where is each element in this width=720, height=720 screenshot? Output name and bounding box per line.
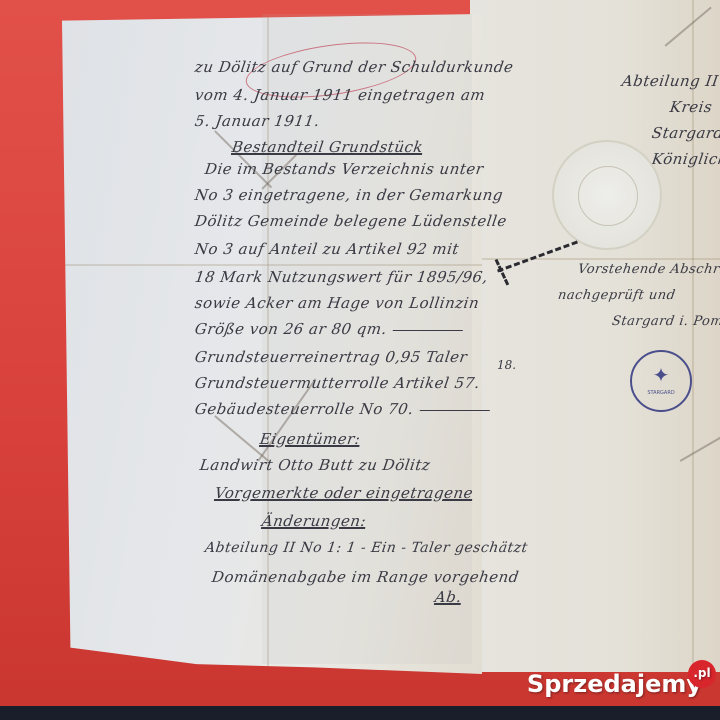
fold-crease bbox=[470, 258, 720, 260]
seal-eagle-emboss bbox=[578, 166, 638, 226]
text-line: Königliches bbox=[651, 150, 720, 168]
stamp-text: STARGARD bbox=[647, 390, 674, 396]
text-line: zu Dölitz auf Grund der Schuldurkunde bbox=[194, 58, 515, 76]
text-line: Abteilung II No 1: 1 - Ein - Taler gesch… bbox=[204, 540, 529, 556]
section-heading: Änderungen: bbox=[261, 512, 368, 530]
text-line: Grundsteuerreinertrag 0,95 Taler bbox=[194, 348, 469, 366]
text-line-content: Größe von 26 ar 80 qm. bbox=[194, 320, 388, 338]
section-heading: Bestandteil Grundstück bbox=[231, 138, 425, 156]
text-line: Landwirt Otto Butt zu Dölitz bbox=[199, 456, 432, 474]
text-line: No 3 eingetragene, in der Gemarkung bbox=[194, 186, 505, 204]
section-heading: Eigentümer: bbox=[259, 430, 362, 448]
embossed-seal bbox=[552, 140, 662, 250]
signature-mark: Ab. bbox=[434, 588, 463, 606]
text-line: Gebäudesteuerrolle No 70. bbox=[194, 400, 491, 418]
watermark-logo: Sprzedajemy .pl bbox=[527, 670, 702, 698]
text-line: Vorstehende Abschrift bbox=[577, 262, 720, 277]
text-line: Die im Bestands Verzeichnis unter bbox=[204, 160, 485, 178]
text-line-content: Gebäudesteuerrolle No 70. bbox=[194, 400, 415, 418]
text-line: 18 Mark Nutzungswert für 1895/96, bbox=[194, 268, 489, 286]
text-line: Kreis bbox=[669, 98, 714, 116]
text-line: Domänenabgabe im Range vorgehend bbox=[211, 568, 521, 586]
bottom-dark-strip bbox=[0, 706, 720, 720]
text-line: Stargard i. Pom. bbox=[651, 124, 720, 142]
text-line: Stargard i. Pom. bbox=[611, 314, 720, 329]
text-line: Grundsteuermutterrolle Artikel 57. bbox=[194, 374, 482, 392]
text-line: No 3 auf Anteil zu Artikel 92 mit bbox=[194, 240, 461, 258]
text-line: vom 4. Januar 1911 eingetragen am bbox=[194, 86, 487, 104]
eagle-icon: ✦ bbox=[632, 360, 690, 390]
section-heading: Vorgemerkte oder eingetragene bbox=[214, 484, 475, 502]
official-ink-stamp: ✦ STARGARD bbox=[630, 350, 692, 412]
text-line: nachgeprüft und bbox=[557, 288, 677, 303]
margin-number: 18. bbox=[497, 358, 516, 372]
watermark-tld-badge: .pl bbox=[688, 660, 716, 688]
text-line: 5. Januar 1911. bbox=[194, 112, 321, 130]
filler-line bbox=[419, 410, 489, 411]
text-line: Größe von 26 ar 80 qm. bbox=[194, 320, 464, 338]
text-line: sowie Acker am Hage von Lollinzin bbox=[194, 294, 481, 312]
text-line: Dölitz Gemeinde belegene Lüdenstelle bbox=[194, 212, 508, 230]
filler-line bbox=[393, 330, 463, 331]
text-line: Abteilung II bbox=[621, 72, 720, 90]
watermark-brand: Sprzedajemy bbox=[527, 670, 702, 698]
